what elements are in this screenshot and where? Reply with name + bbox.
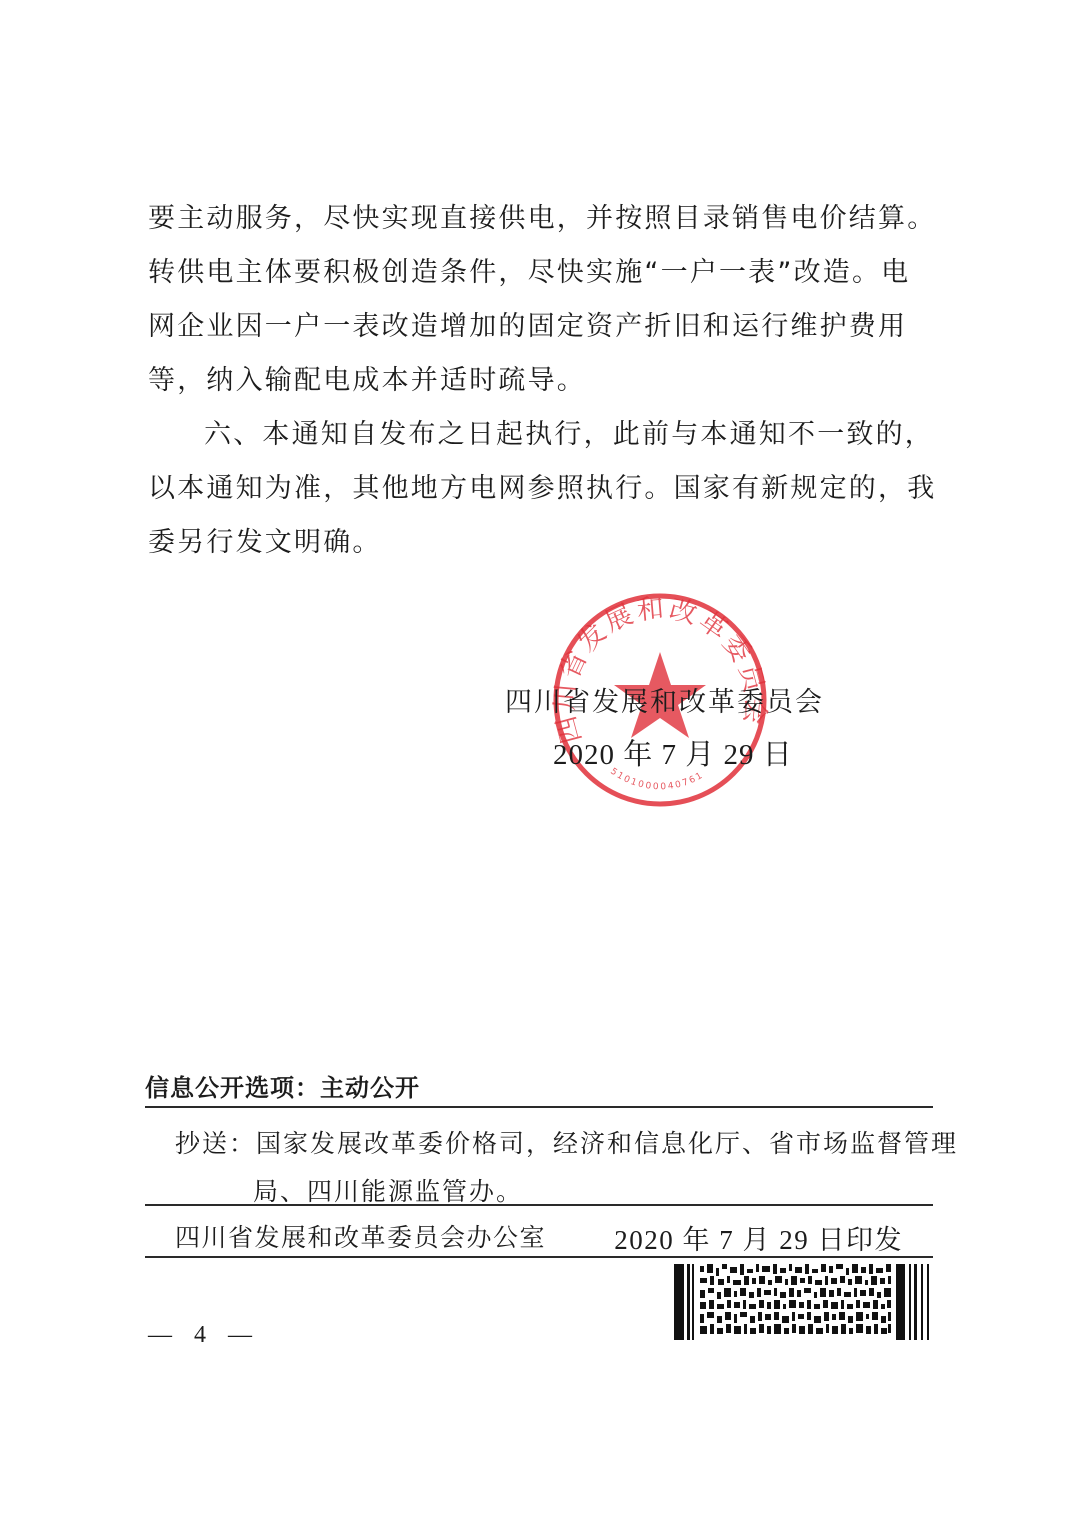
- disclosure-option: 信息公开选项：主动公开: [145, 1068, 933, 1103]
- page-number: — 4 —: [148, 1322, 260, 1349]
- divider: [145, 1256, 933, 1258]
- document-page: 要主动服务，尽快实现直接供电，并按照目录销售电价结算。转供电主体要积极创造条件，…: [0, 0, 1080, 1528]
- signature-date: 2020 年 7 月 29 日: [505, 729, 824, 781]
- section-six-paragraph: 六、本通知自发布之日起执行，此前与本通知不一致的，以本通知为准，其他地方电网参照…: [148, 408, 938, 570]
- barcode-icon: [674, 1264, 932, 1340]
- cc-recipients-line1: 国家发展改革委价格司，经济和信息化厅、省市场监督管理: [256, 1129, 958, 1158]
- document-body: 要主动服务，尽快实现直接供电，并按照目录销售电价结算。转供电主体要积极创造条件，…: [148, 192, 938, 570]
- cc-recipients-line2: 局、四川能源监管办。: [175, 1168, 963, 1216]
- divider: [145, 1106, 933, 1108]
- cc-label: 抄送：: [175, 1129, 256, 1158]
- signature-block: 四川省发展和改革委员会 2020 年 7 月 29 日: [505, 677, 824, 781]
- divider: [145, 1204, 933, 1206]
- continuation-paragraph: 要主动服务，尽快实现直接供电，并按照目录销售电价结算。转供电主体要积极创造条件，…: [148, 192, 938, 408]
- cc-list: 抄送：国家发展改革委价格司，经济和信息化厅、省市场监督管理 局、四川能源监管办。: [145, 1120, 963, 1216]
- issue-date: 2020 年 7 月 29 日印发: [614, 1218, 903, 1257]
- issuer-name: 四川省发展和改革委员会: [505, 677, 824, 729]
- issue-row: 四川省发展和改革委员会办公室 2020 年 7 月 29 日印发: [145, 1218, 933, 1257]
- issuing-office: 四川省发展和改革委员会办公室: [175, 1218, 546, 1257]
